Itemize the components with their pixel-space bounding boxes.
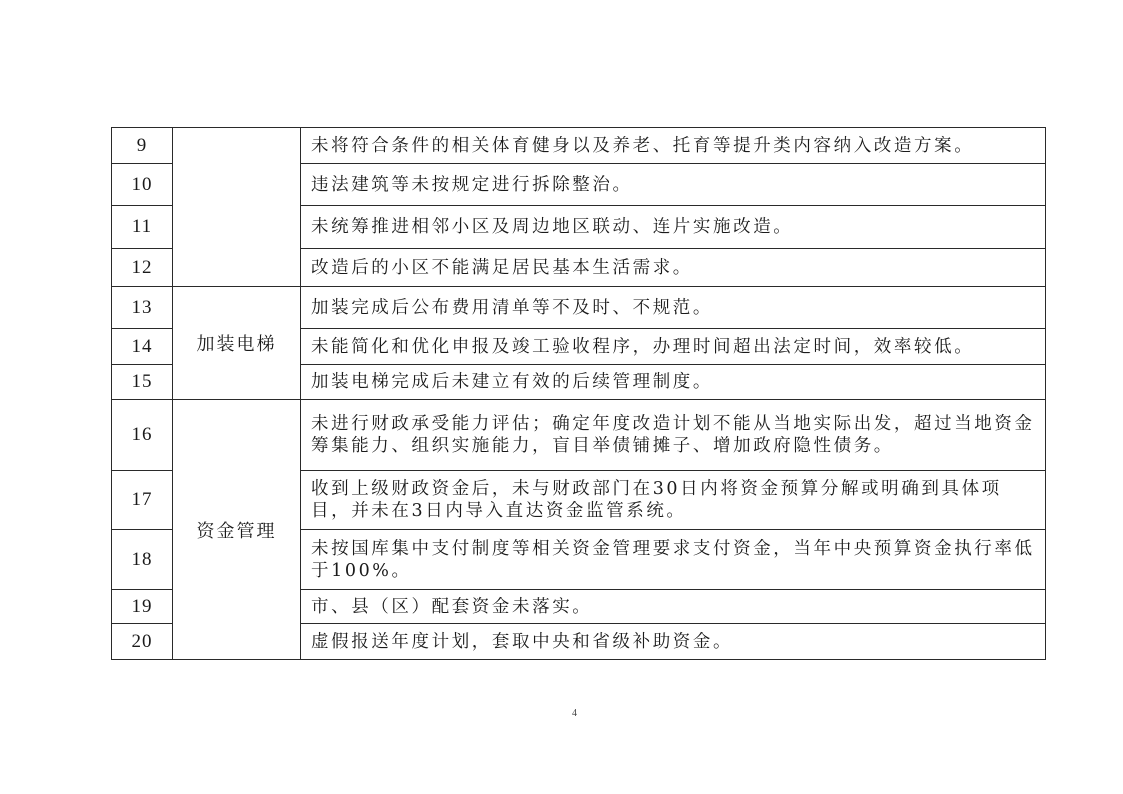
issue-description: 未能简化和优化申报及竣工验收程序，办理时间超出法定时间，效率较低。 (301, 329, 1046, 365)
row-number: 15 (112, 365, 173, 400)
row-number: 16 (112, 400, 173, 471)
issue-description: 虚假报送年度计划，套取中央和省级补助资金。 (301, 624, 1046, 660)
issue-description: 未按国库集中支付制度等相关资金管理要求支付资金，当年中央预算资金执行率低于100… (301, 530, 1046, 590)
table-row: 16 资金管理 未进行财政承受能力评估；确定年度改造计划不能从当地实际出发，超过… (112, 400, 1046, 471)
table-row: 13 加装电梯 加装完成后公布费用清单等不及时、不规范。 (112, 287, 1046, 329)
row-number: 11 (112, 206, 173, 249)
table-row: 9 未将符合条件的相关体育健身以及养老、托育等提升类内容纳入改造方案。 (112, 128, 1046, 164)
issues-table: 9 未将符合条件的相关体育健身以及养老、托育等提升类内容纳入改造方案。 10 违… (111, 127, 1046, 660)
row-number: 13 (112, 287, 173, 329)
row-number: 17 (112, 471, 173, 530)
row-number: 19 (112, 590, 173, 624)
issue-description: 违法建筑等未按规定进行拆除整治。 (301, 164, 1046, 206)
issue-description: 未进行财政承受能力评估；确定年度改造计划不能从当地实际出发，超过当地资金筹集能力… (301, 400, 1046, 471)
row-number: 9 (112, 128, 173, 164)
category-cell: 资金管理 (173, 400, 301, 660)
issue-description: 加装电梯完成后未建立有效的后续管理制度。 (301, 365, 1046, 400)
row-number: 14 (112, 329, 173, 365)
row-number: 10 (112, 164, 173, 206)
category-cell (173, 128, 301, 287)
issue-description: 收到上级财政资金后，未与财政部门在30日内将资金预算分解或明确到具体项目，并未在… (301, 471, 1046, 530)
row-number: 18 (112, 530, 173, 590)
issue-description: 市、县（区）配套资金未落实。 (301, 590, 1046, 624)
row-number: 20 (112, 624, 173, 660)
category-cell: 加装电梯 (173, 287, 301, 400)
issue-description: 未统筹推进相邻小区及周边地区联动、连片实施改造。 (301, 206, 1046, 249)
issue-description: 加装完成后公布费用清单等不及时、不规范。 (301, 287, 1046, 329)
issue-description: 未将符合条件的相关体育健身以及养老、托育等提升类内容纳入改造方案。 (301, 128, 1046, 164)
page-number: 4 (572, 708, 577, 719)
document-page: 9 未将符合条件的相关体育健身以及养老、托育等提升类内容纳入改造方案。 10 违… (0, 0, 1123, 794)
issue-description: 改造后的小区不能满足居民基本生活需求。 (301, 249, 1046, 287)
row-number: 12 (112, 249, 173, 287)
